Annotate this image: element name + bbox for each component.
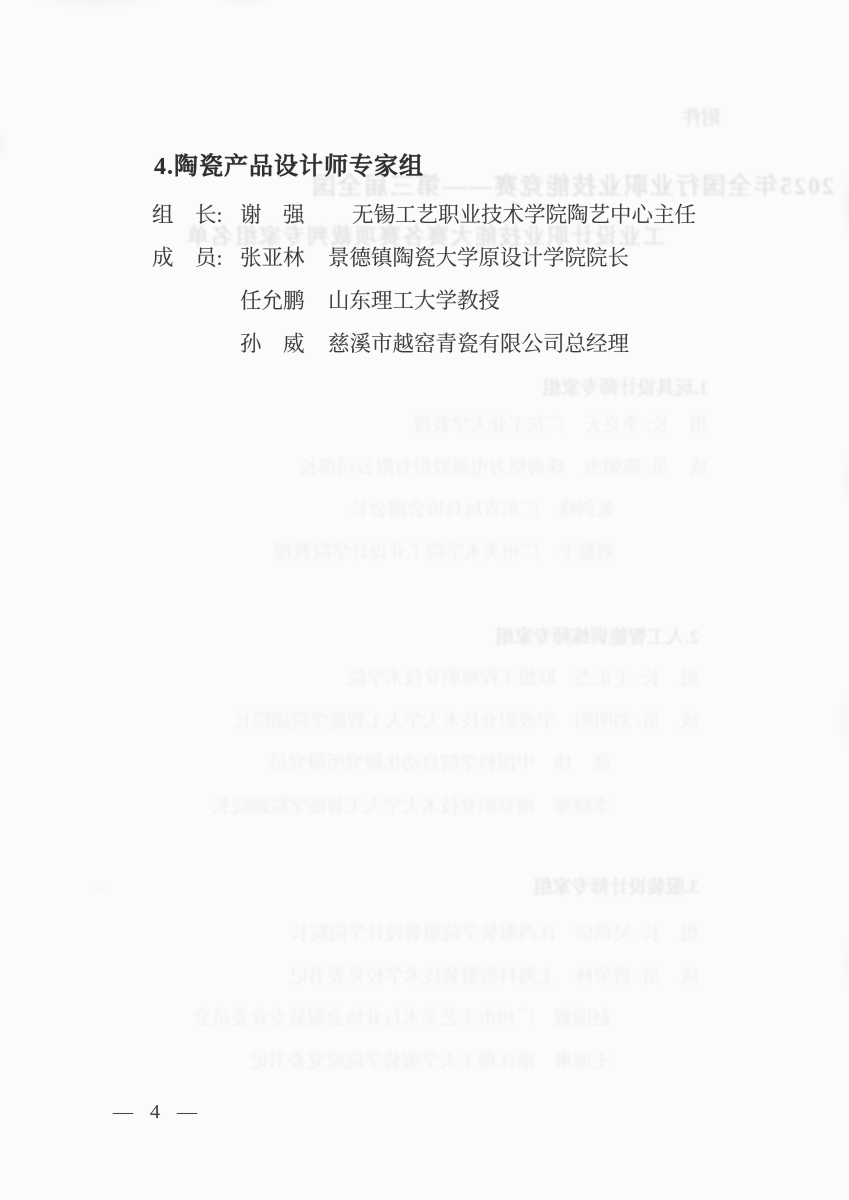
member-row: 孙 威慈溪市越窑青瓷有限公司总经理 xyxy=(152,327,629,358)
member-row: 组 长:谢 强无锡工艺职业技术学院陶艺中心主任 xyxy=(152,198,696,229)
row-label: 组 长: xyxy=(152,198,240,229)
row-desc: 景德镇陶瓷大学原设计学院院长 xyxy=(328,241,629,272)
row-label: 成 员: xyxy=(152,241,240,272)
row-name: 张亚林 xyxy=(240,241,328,272)
row-desc: 慈溪市越窑青瓷有限公司总经理 xyxy=(328,327,629,358)
row-desc: 无锡工艺职业技术学院陶艺中心主任 xyxy=(352,198,696,229)
row-name: 孙 威 xyxy=(240,327,328,358)
content-layer: 4.陶瓷产品设计师专家组 组 长:谢 强无锡工艺职业技术学院陶艺中心主任 成 员… xyxy=(0,0,849,1200)
member-row: 成 员:张亚林景德镇陶瓷大学原设计学院院长 xyxy=(152,241,629,272)
row-desc: 山东理工大学教授 xyxy=(328,284,500,315)
row-name: 谢 强 xyxy=(240,198,328,229)
row-name: 任允鹏 xyxy=(240,284,328,315)
member-row: 任允鹏山东理工大学教授 xyxy=(152,284,500,315)
document-page: 附件 2025年全国行业职业技能竞赛——第三届全国 工业设计职业技能大赛各赛项裁… xyxy=(0,0,849,1200)
section-heading: 4.陶瓷产品设计师专家组 xyxy=(154,146,424,181)
page-number: — 4 — xyxy=(113,1101,203,1124)
